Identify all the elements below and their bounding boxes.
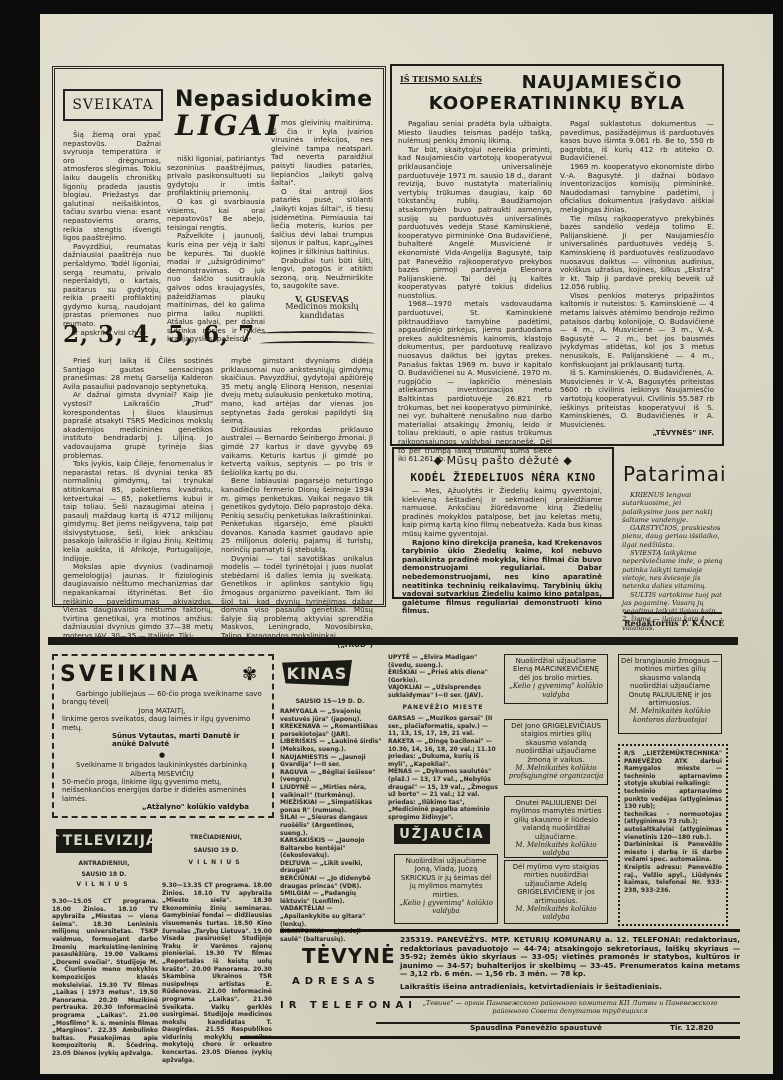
cinema-listing: RAKETA — „Dingę bacilonai" — 10.30, 14, … xyxy=(388,738,498,768)
tv-day-2-header: TREČIADIENIUI, SAUSIO 19 D. VILNIUS xyxy=(162,834,270,867)
paragraph: Drabužiai turi būti šilti, lengvi, patog… xyxy=(271,257,373,291)
mailbox-body: — Mes, Ąžuolytės ir Žiedelių kaimų gyven… xyxy=(402,487,602,616)
footer-rule xyxy=(280,929,740,932)
advice-title: Patarimai xyxy=(623,462,727,486)
greeting-signature: „Atžalyno" kolūkio valdyba xyxy=(62,803,262,811)
mailbox-label-text: Mūsų pašto dėžutė xyxy=(447,454,560,467)
condolence-signature: M. Melnikaitės kolūkio valdyba xyxy=(515,905,596,921)
court-article: IŠ TEISMO SALĖS NAUJAMIESČIO KOOPERATINI… xyxy=(390,64,724,446)
paragraph: Prieš kurį laiką iš Čilės sostinės Santj… xyxy=(63,357,213,391)
advice-item: GARSTYČIOS, praskiestos pienu, daug geri… xyxy=(622,524,724,549)
paper-name: TĖVYNĖ xyxy=(302,944,396,968)
ad-line: Darbininkai iš Panevėžio miesto į darbą … xyxy=(624,841,722,864)
condolence-signature: M. Melnikaitės kolūkio profsąjunginė org… xyxy=(509,764,604,780)
wavy-divider xyxy=(260,341,375,346)
greeting-name: Joną MATAITĮ, xyxy=(62,707,262,715)
greeting-signature: Sūnus Vytautas, marti Danutė ir anūkė Da… xyxy=(62,732,262,749)
greetings-title: SVEIKINA xyxy=(60,662,201,687)
section-label-sveikata: SVEIKATA xyxy=(63,89,163,121)
paragraph: Rajono kino direkcija praneša, kad Kreke… xyxy=(402,539,602,616)
paragraph: Tie mūsų rajkooperatyvo prekybinės bazės… xyxy=(560,215,714,292)
tv-city: VILNIUS xyxy=(54,881,154,889)
cinema-listing: DELTUVA — „Likit sveiki, draugai!" xyxy=(280,860,382,875)
paragraph: 1969 m. kooperatyvo ekonomiste dirbo V.-… xyxy=(560,163,714,215)
cinema-listing: LIUDYNĖ — „Mirties nėra, vaikinai!" (tur… xyxy=(280,784,382,799)
condolence-signature: „Kelio į gyvenimą" kolūkio valdyba xyxy=(509,682,603,698)
greeting-wish: linkime geros sveikatos, daug laimės ir … xyxy=(62,715,262,732)
tv-weekday: ANTRADIENIUI, xyxy=(54,860,154,868)
condolence-card: Nuoširdžiai užjaučiame Eleną MARCINKEVIČ… xyxy=(504,654,608,704)
address-label-2: IR TELEFONAI xyxy=(280,1000,417,1011)
condolence-card: Nuoširdžiai užjaučiame Joną, Vladą, Juoz… xyxy=(394,854,498,924)
russian-line: „Тевине" — орган Паневежского районного … xyxy=(420,999,720,1015)
health-col-3: mos gleivinių maitinimą. Iš čia ir kyla … xyxy=(271,119,373,321)
health-section: SVEIKATA Nepasiduokime LIGAI Šią žiemą o… xyxy=(52,66,386,607)
tv-day-1-header: ANTRADIENIUI, SAUSIO 18 D. VILNIUS xyxy=(54,860,154,889)
paragraph: mybė gimstant dvyniams didėja priklausom… xyxy=(221,357,373,426)
paragraph: Didžiausias rekordas priklauso australei… xyxy=(221,426,373,478)
tv-city: VILNIUS xyxy=(162,859,270,867)
tv-logo: ⍑TELEVIZIJA xyxy=(56,829,152,853)
condolence-text: Nuoširdžiai užjaučiame Eleną MARCINKEVIČ… xyxy=(507,657,605,682)
ornament-icon: ✾ xyxy=(242,664,257,685)
health-col-2: niški ligoniai, patiriantys sezoninius p… xyxy=(167,155,265,344)
condolence-card: Dėl Jono GRIGELEVIČIAUS staigios mirties… xyxy=(504,719,608,785)
editor-line: Redaktorius P. KANCĖ xyxy=(624,618,724,628)
paragraph: mos gleivinių maitinimą. Iš čia ir kyla … xyxy=(271,119,373,188)
paragraph: Šią žiemą orai ypač nepastovūs. Dažnai s… xyxy=(63,131,161,243)
greeting-text: Sveikiname II brigados laukininkystės da… xyxy=(62,761,262,769)
newspaper-page: SVEIKATA Nepasiduokime LIGAI Šią žiemą o… xyxy=(40,14,773,1074)
ad-line: Kreiptis adresu: Panevėžio raj., Velžio … xyxy=(624,864,722,894)
paragraph: O štai antroji šios patarlės pusė, siūla… xyxy=(271,188,373,257)
ad-line: techninio aptarnavimo punkto vedėjas (at… xyxy=(624,788,722,811)
mailbox-article: ◆ Mūsų pašto dėžutė ◆ KODĖL ŽIEDELIUOS N… xyxy=(392,447,614,599)
paragraph: Visos penkios moterys pripažintos kaltom… xyxy=(560,292,714,369)
cinema-listing: RAMYGALA — „Svajonių vestuvės jūra" (jap… xyxy=(280,708,382,723)
court-source: „TĖVYNĖS" INF. xyxy=(560,429,714,438)
ad-line: autošaltkalviai (atlyginimas vienetinis … xyxy=(624,826,722,841)
paragraph: — Mes, Ąžuolytės ir Žiedelių kaimų gyven… xyxy=(402,487,602,539)
health-col-1: Šią žiemą orai ypač nepastovūs. Dažnai s… xyxy=(63,131,161,337)
advice-item: SVIESTĄ laikykime neperšviečiame inde, o… xyxy=(622,549,724,590)
paragraph: Bene labiausiai pagarsėjo neturtingo kan… xyxy=(221,477,373,554)
greeting-wish: 50-mečio proga, linkime ilgų gyvenimo me… xyxy=(62,778,262,803)
author-title: Medicinos mokslų kandidatas xyxy=(271,303,373,320)
paragraph: Ar dažnai gimsta dvyniai? Kaip jie vysto… xyxy=(63,391,213,460)
court-headline-1: NAUJAMIESČIO xyxy=(492,72,712,93)
paragraph: Dvyniai — tai savotiškas unikalus modeli… xyxy=(221,555,373,641)
section-separator xyxy=(48,637,738,645)
condolence-text: Dėl mylimo vyro staigios mirties nuošird… xyxy=(507,863,605,905)
paragraph: 1968—1970 metais vadovaudama parduotuvei… xyxy=(398,300,552,463)
condolence-card: Dėl brangiausio žmogaus — motinos mirtie… xyxy=(618,654,722,734)
address-label-1: ADRESAS xyxy=(292,976,380,987)
cinema-listing: MIEŽIŠKIAI — „Simpatiškas ponas R" (rumu… xyxy=(280,799,382,814)
cinema-listing: SMILGIAI — „Padangių lėktuvis" (Lenfilm)… xyxy=(280,890,382,905)
job-advertisement: R/S „LIETŽEMŪKTECHNIKA" PANEVĖŽIO ATK da… xyxy=(618,744,728,926)
condolence-signature: M. Melnikaitės kolūkio valdyba xyxy=(515,841,596,857)
tv-date: SAUSIO 19 D. xyxy=(162,847,270,855)
cinema-logo: KINAS xyxy=(282,660,352,686)
paragraph: O kas gi svarbiausia visiems, kai orai n… xyxy=(167,198,265,232)
condolence-text: Onutei PALIULIENEI Dėl mylimos mamytės m… xyxy=(507,799,605,841)
cinema-listing: RAGUVA — „Bėgliai šešiese" (vengrų). xyxy=(280,769,382,784)
twins-headline: 2, 3, 4, 5, 6, 7 xyxy=(63,321,255,348)
mailbox-headline: KODĖL ŽIEDELIUOS NĖRA KINO xyxy=(394,471,612,484)
court-section-tag: IŠ TEISMO SALĖS xyxy=(400,74,482,84)
condolence-text: Dėl Jono GRIGELEVIČIAUS staigios mirties… xyxy=(507,722,605,764)
advice-item: KRIENUS lengvai sutarkuosime, jei palaik… xyxy=(622,491,724,524)
divider xyxy=(400,996,740,998)
ad-line: R/S „LIETŽEMŪKTECHNIKA" PANEVĖŽIO ATK da… xyxy=(624,750,722,788)
paragraph: niški ligoniai, patiriantys sezoninius p… xyxy=(167,155,265,198)
advice-list: KRIENUS lengvai sutarkuosime, jei palaik… xyxy=(622,491,724,632)
ad-line: technikas - normuotojas (atlyginimas 73 … xyxy=(624,811,722,826)
diamond-icon: ◆ xyxy=(434,454,447,467)
cinema-listing: ĖRIŠKIAI — „Prieš akis diena" (Gorkio). xyxy=(388,669,498,684)
cinema-listing: LIBERIŠKIS — „Laukinė širdis" (Meksikos,… xyxy=(280,738,382,753)
tv-weekday: TREČIADIENIUI, xyxy=(162,834,270,842)
paragraph: Pagaliau seniai pradėta byla užbaigta. M… xyxy=(398,120,552,146)
court-headline-2: KOOPERATININKŲ BYLA xyxy=(402,93,712,114)
cinema-listing: KREKENAVA — „Romantiškas persekiotojas" … xyxy=(280,723,382,738)
cinema-city-header: PANEVĖŽIO MIESTE xyxy=(388,704,498,712)
footer-rule xyxy=(240,1036,740,1039)
tv-date: SAUSIO 18 D. xyxy=(54,871,154,879)
cinema-listing: UPYTĖ — „Elvira Madigan" (švedų, sueng.)… xyxy=(388,654,498,669)
wavy-divider xyxy=(260,331,375,336)
bullet-icon: ● xyxy=(62,751,262,759)
cinema-column-2: UPYTĖ — „Elvira Madigan" (švedų, sueng.)… xyxy=(388,654,498,821)
condolence-text: Nuoširdžiai užjaučiame Joną, Vladą, Juoz… xyxy=(397,857,495,899)
condolence-text: Dėl brangiausio žmogaus — motinos mirtie… xyxy=(621,657,719,707)
circulation: Tir. 12.820 xyxy=(670,1024,714,1033)
twins-col-2: mybė gimstant dvyniams didėja priklausom… xyxy=(221,357,373,649)
cinema-listing: GARSAS — „Muzikos garsai" (II ser., plač… xyxy=(388,715,498,738)
paragraph: Pagal suklastotus dokumentus — pavedimus… xyxy=(560,120,714,163)
diamond-icon: ◆ xyxy=(559,454,572,467)
cinema-listing: VADAKTĖLIAI — „Apsilankykite su gitara" … xyxy=(280,905,382,928)
cinema-villages: RAMYGALA — „Svajonių vestuvės jūra" (jap… xyxy=(280,708,382,943)
paragraph: Iš S. Kaminskienės, O. Budavičienės, A. … xyxy=(560,369,714,429)
cinema-listing: MENAS — „Dykumos saulutės" (plaž.) — 13,… xyxy=(388,768,498,821)
court-col-1: Pagaliau seniai pradėta byla užbaigta. M… xyxy=(398,120,552,464)
paragraph: Tur būt, skaitytojui nereikia priminti, … xyxy=(398,146,552,301)
paragraph: Mokslas apie dvynius (vadinamoji gemelol… xyxy=(63,563,213,640)
condolence-signature: „Kelio į gyvenimą" kolūkio valdyba xyxy=(399,899,493,915)
printer-line: Spausdina Panevėžio spaustuvė xyxy=(470,1024,602,1033)
cinema-listing: BERČIŪNAI — „Jo didenybė draugas princas… xyxy=(280,875,382,890)
tv-logo-text: TELEVIZIJA xyxy=(63,833,158,849)
court-col-2: Pagal suklastotus dokumentus — pavedimus… xyxy=(560,120,714,438)
cinema-dates: SAUSIO 15—19 D. D. xyxy=(280,698,380,706)
condolence-signature: M. Melnikaitės kolūkio kontoros darbuoto… xyxy=(629,707,710,723)
address-text: 235319. PANEVĖŽYS. MTP. KETURIŲ KOMUNARŲ… xyxy=(400,936,740,979)
health-headline-2: LIGAI xyxy=(175,109,282,142)
divider xyxy=(624,612,722,614)
greeting-name: Albertą MISEVIČIŲ xyxy=(62,770,262,778)
cinema-listing: VAJOKLIAI — „Užsisprendęs suklaidymas" I… xyxy=(388,684,498,699)
cinema-listing: KARSAKIŠKIS — „Jaunojo Baltarebo kentėja… xyxy=(280,837,382,860)
greeting-1: Garbingo jubiliejaus — 60-čio proga svei… xyxy=(62,690,262,812)
paragraph: Toks įvykis, kaip Čilėje, fenomenalus ir… xyxy=(63,460,213,563)
condolence-card: Dėl mylimo vyro staigios mirties nuošird… xyxy=(504,860,608,924)
mailbox-label: ◆ Mūsų pašto dėžutė ◆ xyxy=(394,454,612,467)
cinema-listing: ŠILAI — „Sieuras dangaus ruošėlis" (Arge… xyxy=(280,814,382,837)
greeting-text: Garbingo jubiliejaus — 60-čio proga svei… xyxy=(62,690,262,707)
twins-col-1: Prieš kurį laiką iš Čilės sostinės Santj… xyxy=(63,357,213,641)
tv-day-1-program: 9.30—15.05 CT programa. 18.00 Žinios. 18… xyxy=(52,898,158,1057)
cinema-listing: NAUJAMIESTIS — „Jaunoji Gvardija" I—II s… xyxy=(280,754,382,769)
greetings-box: SVEIKINA ✾ Garbingo jubiliejaus — 60-čio… xyxy=(52,654,274,818)
condolences-logo: UŽJAUČIA xyxy=(394,824,490,844)
paragraph: Pavyzdžiui, reumatas dažniausiai paaštrė… xyxy=(63,243,161,329)
publication-schedule: Laikraštis išeina antradieniais, ketvirt… xyxy=(400,983,740,992)
antenna-icon: ⍑ xyxy=(50,833,59,849)
condolence-card: Onutei PALIULIENEI Dėl mylimos mamytės m… xyxy=(504,796,608,858)
